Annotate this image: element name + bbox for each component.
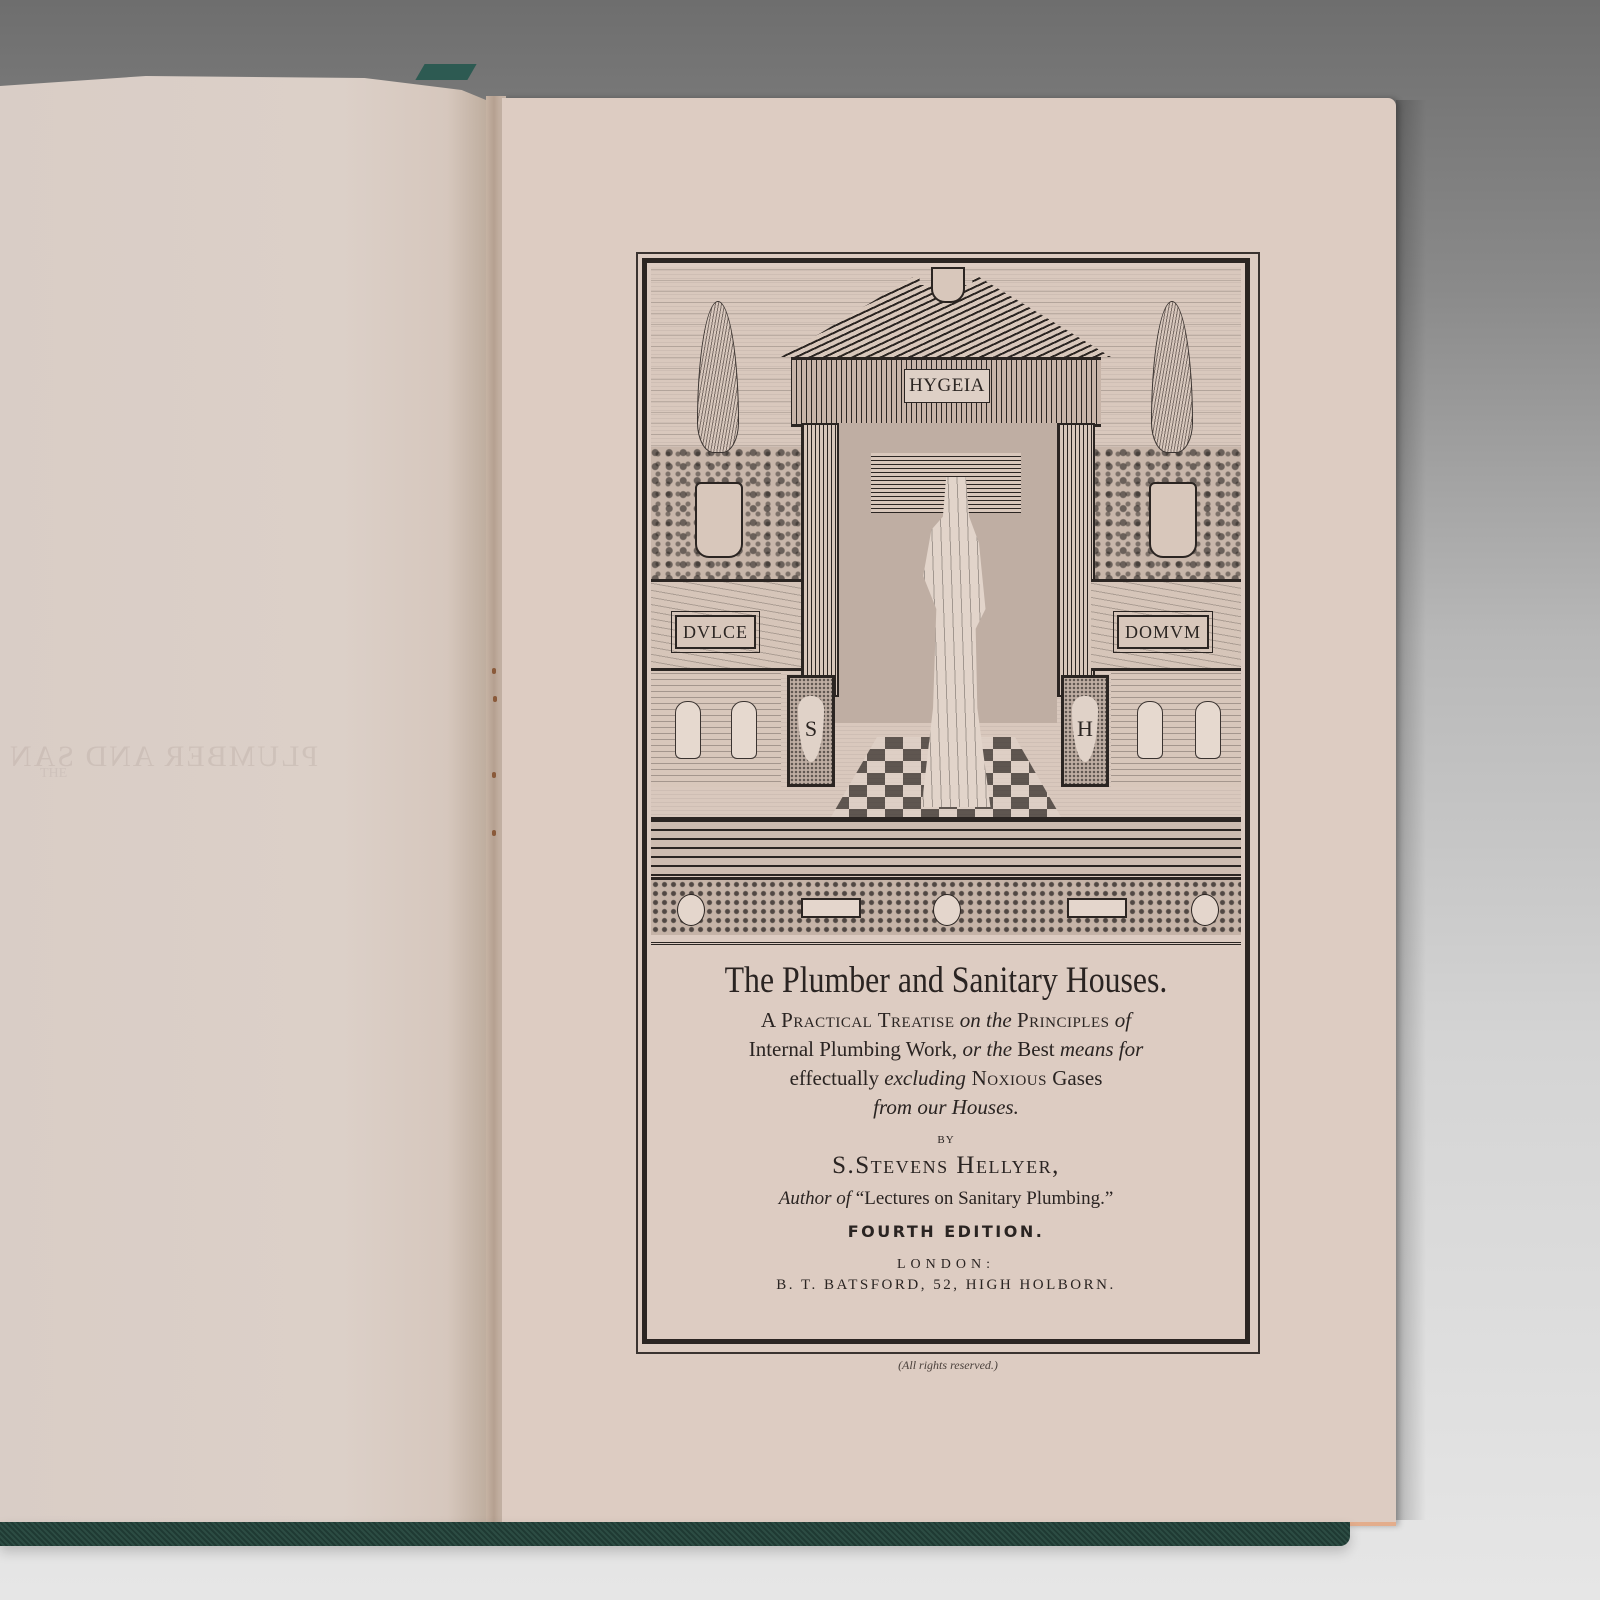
author-of-prefix: Author of	[779, 1188, 851, 1209]
subtitle-segment: Gases	[1047, 1066, 1102, 1090]
cherub-figure	[1195, 701, 1221, 759]
pedestal-right: H	[1061, 675, 1109, 787]
publisher-address: B. T. BATSFORD, 52, HIGH HOLBORN.	[651, 1277, 1241, 1294]
cherub-face	[933, 894, 961, 926]
subtitle-segment: Noxious	[966, 1066, 1047, 1090]
showthrough-text: PLUMBER AND SAN	[8, 740, 318, 774]
subtitle-segment: from our Houses.	[873, 1095, 1019, 1119]
hygeia-plaque: HYGEIA	[904, 369, 990, 403]
book-title: The Plumber and Sanitary Houses.	[692, 959, 1199, 1002]
column-right	[1057, 423, 1095, 697]
foxing-spot	[493, 696, 497, 702]
publisher-city: LONDON:	[651, 1257, 1241, 1273]
urn-right	[1149, 482, 1197, 558]
subtitle-line-2: Internal Plumbing Work, or the Best mean…	[651, 1035, 1241, 1064]
subtitle-segment: effectually	[790, 1066, 885, 1090]
shield-s: S	[798, 696, 824, 762]
cherub-panel-left	[651, 671, 781, 787]
subtitle-segment: means for	[1060, 1037, 1143, 1061]
subtitle-segment: or the	[962, 1037, 1012, 1061]
shield-h: H	[1072, 696, 1098, 762]
subtitle-line-4: from our Houses.	[651, 1093, 1241, 1122]
subtitle-segment: Best	[1012, 1037, 1060, 1061]
book-photo-scene: THE PLUMBER AND SAN HYGEIA DVLCE DOMVM	[0, 0, 1600, 1600]
cherub-figure	[731, 701, 757, 759]
subtitle-segment: on the	[955, 1008, 1017, 1032]
left-page-blank: THE PLUMBER AND SAN	[0, 76, 486, 1526]
green-cloth-cover	[0, 1522, 1350, 1546]
author-name: S.Stevens Hellyer,	[651, 1152, 1241, 1180]
pediment-urn	[931, 267, 965, 303]
pedestal-left: S	[787, 675, 835, 787]
motto-plaque-right: DOMVM	[1117, 615, 1209, 649]
foxing-spot	[492, 772, 496, 778]
subtitle-segment: Principles	[1017, 1008, 1110, 1032]
author-previous-work: “Lectures on Sanitary Plumbing.”	[856, 1188, 1114, 1209]
edition-label: FOURTH EDITION.	[651, 1222, 1241, 1241]
cover-corner-top	[415, 64, 476, 80]
subtitle-segment: of	[1109, 1008, 1131, 1032]
motto-plaque-left: DVLCE	[675, 615, 756, 649]
column-left	[801, 423, 839, 697]
book-subtitle: A Practical Treatise on the Principles o…	[651, 1006, 1241, 1122]
foxing-spot	[492, 830, 496, 836]
cherub-panel-right	[1111, 671, 1241, 787]
rights-notice: (All rights reserved.)	[636, 1358, 1260, 1373]
subtitle-line-1: A Practical Treatise on the Principles o…	[651, 1006, 1241, 1035]
urn-left	[695, 482, 743, 558]
hygeia-engraving: HYGEIA DVLCE DOMVM S H	[651, 267, 1241, 935]
page-edge-shadow	[1396, 100, 1426, 1520]
subtitle-segment: A Practical Treatise	[761, 1008, 955, 1032]
by-label: BY	[651, 1134, 1241, 1146]
cherub-figure	[675, 701, 701, 759]
cherub-frieze	[651, 877, 1241, 935]
frieze-tablet	[1067, 898, 1127, 918]
author-of-line: Author of “Lectures on Sanitary Plumbing…	[651, 1188, 1241, 1210]
subtitle-segment: Internal Plumbing Work,	[749, 1037, 963, 1061]
cherub-figure	[1137, 701, 1163, 759]
subtitle-segment: excluding	[884, 1066, 966, 1090]
cherub-face	[1191, 894, 1219, 926]
subtitle-line-3: effectually excluding Noxious Gases	[651, 1064, 1241, 1093]
foxing-spot	[492, 668, 496, 674]
title-text-block: The Plumber and Sanitary Houses. A Pract…	[651, 942, 1241, 1341]
temple-steps	[651, 817, 1241, 876]
cherub-face	[677, 894, 705, 926]
frieze-tablet	[801, 898, 861, 918]
